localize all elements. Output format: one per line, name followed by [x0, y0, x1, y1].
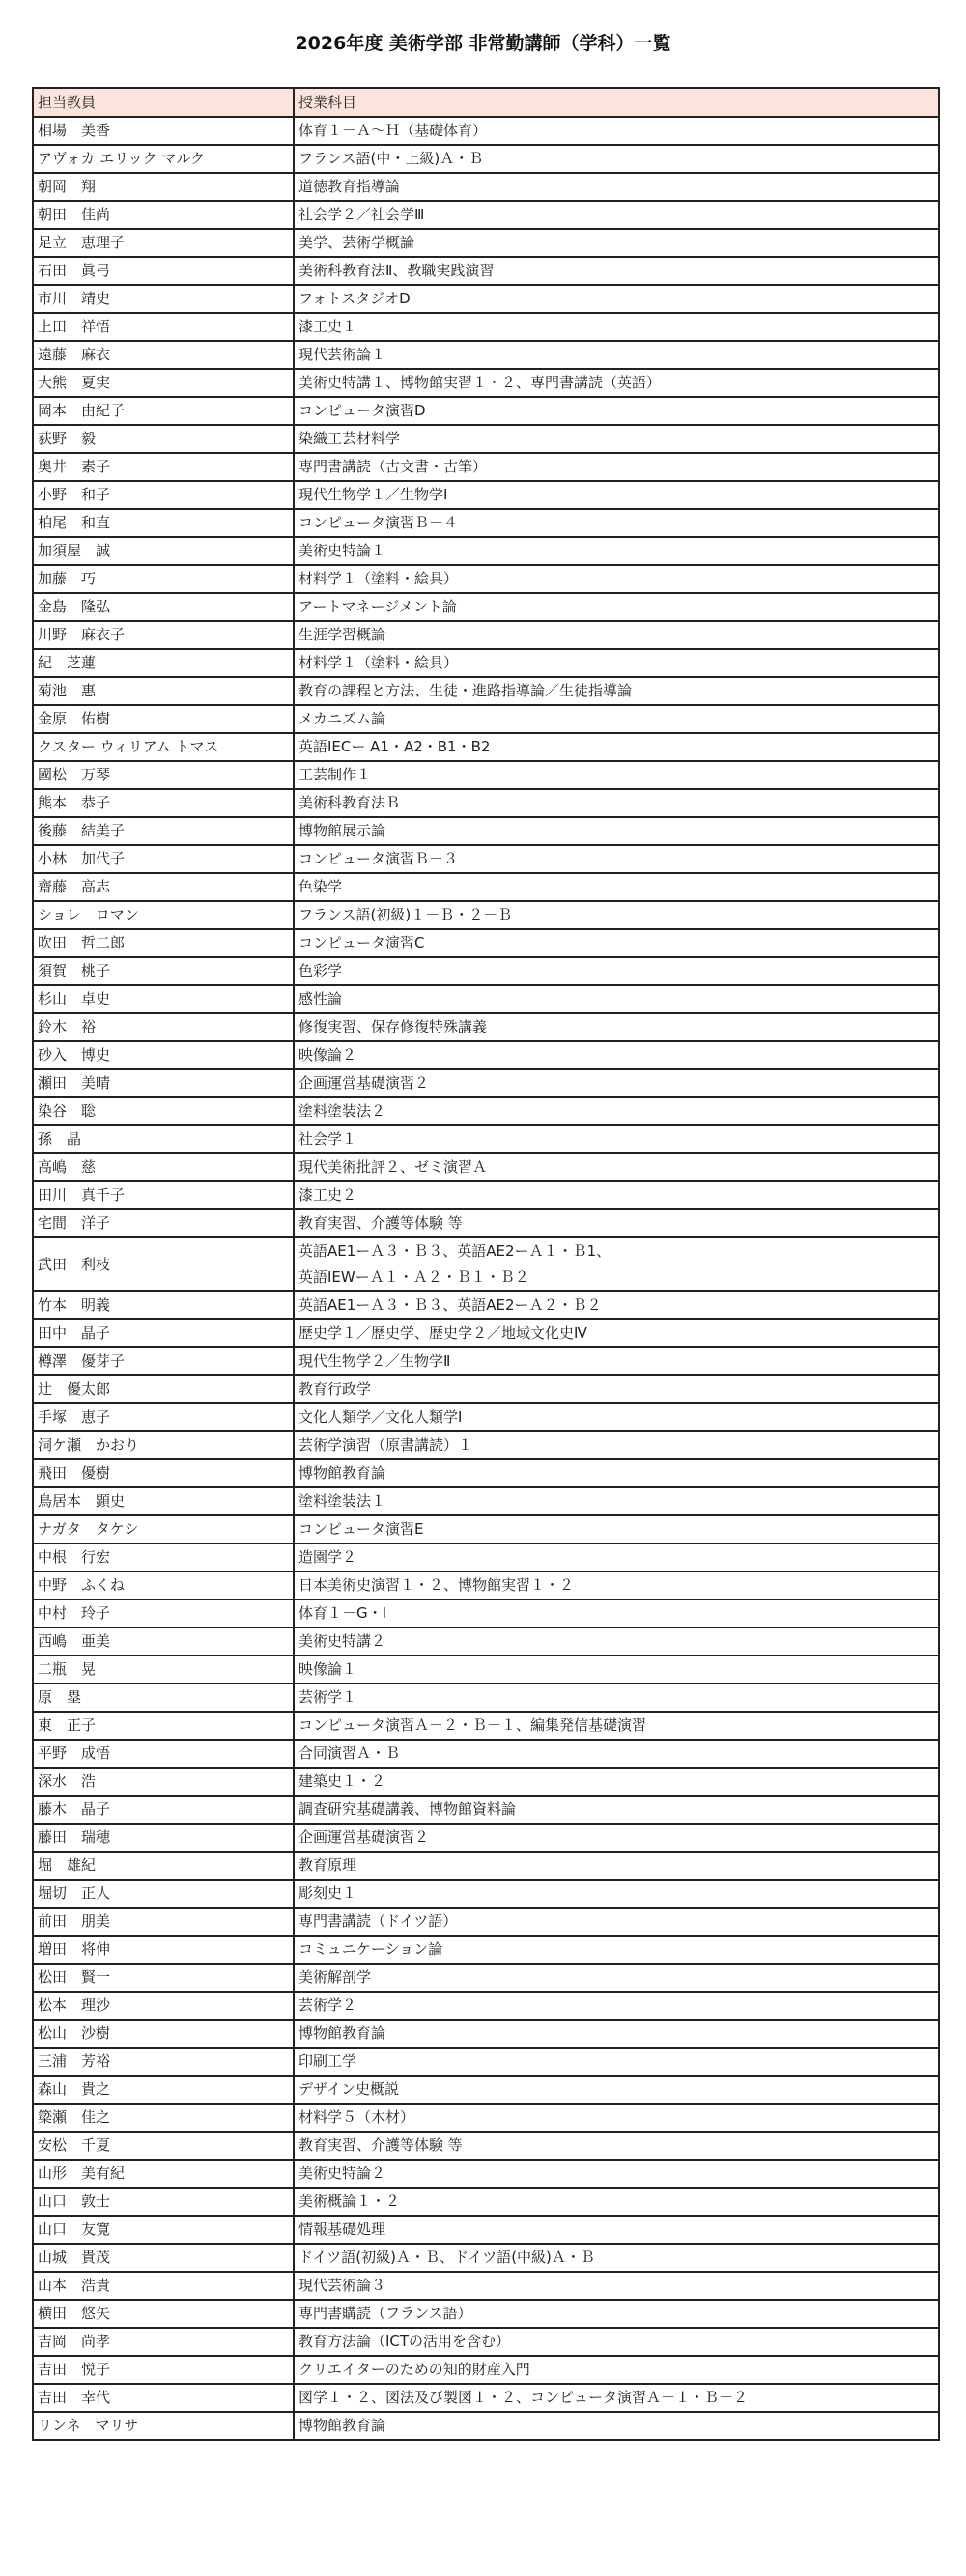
instructor-name-cell: 齋藤 高志 [33, 873, 294, 901]
instructor-name-cell: 朝岡 翔 [33, 173, 294, 201]
subject-cell: コンピュータ演習D [294, 397, 939, 425]
table-row: 上田 祥悟漆工史１ [33, 313, 939, 341]
instructor-name-cell: リンネ マリサ [33, 2412, 294, 2440]
instructor-name-cell: 市川 靖史 [33, 285, 294, 313]
instructor-name-cell: 菊池 惠 [33, 677, 294, 705]
instructor-name-cell: 大熊 夏実 [33, 369, 294, 397]
subject-cell: 社会学２／社会学Ⅲ [294, 201, 939, 229]
subject-cell: 美術史特講１、博物館実習１・２、専門書講読（英語） [294, 369, 939, 397]
instructor-name-cell: 吉田 悦子 [33, 2356, 294, 2384]
instructor-name-cell: 藤田 瑞穂 [33, 1824, 294, 1852]
table-row: 三浦 芳裕印刷工学 [33, 2048, 939, 2076]
table-row: 杉山 卓史感性論 [33, 985, 939, 1013]
table-row: 市川 靖史フォトスタジオD [33, 285, 939, 313]
table-row: 藤木 晶子調査研究基礎講義、博物館資料論 [33, 1796, 939, 1824]
instructor-name-cell: 岡本 由紀子 [33, 397, 294, 425]
subject-cell: 企画運営基礎演習２ [294, 1069, 939, 1097]
table-row: 藤田 瑞穂企画運営基礎演習２ [33, 1824, 939, 1852]
table-row: 吹田 哲二郎コンピュータ演習C [33, 929, 939, 957]
column-header-instructor: 担当教員 [33, 88, 294, 117]
table-row: 森山 貴之デザイン史概説 [33, 2076, 939, 2104]
instructor-name-cell: 孫 晶 [33, 1125, 294, 1153]
table-row: 簗瀬 佳之材料学５（木材） [33, 2104, 939, 2132]
table-row: 手塚 恵子文化人類学／文化人類学Ⅰ [33, 1403, 939, 1431]
subject-cell: 体育１－G・I [294, 1599, 939, 1628]
instructor-name-cell: 吹田 哲二郎 [33, 929, 294, 957]
table-row: 岡本 由紀子コンピュータ演習D [33, 397, 939, 425]
subject-cell: 映像論１ [294, 1656, 939, 1684]
subject-cell: 印刷工学 [294, 2048, 939, 2076]
table-row: 朝田 佳尚社会学２／社会学Ⅲ [33, 201, 939, 229]
instructor-name-cell: 石田 眞弓 [33, 257, 294, 285]
table-row: 小野 和子現代生物学１／生物学Ⅰ [33, 481, 939, 509]
table-row: ショレ ロマンフランス語(初級)１－Ｂ・２－Ｂ [33, 901, 939, 929]
instructor-table: 担当教員 授業科目 相場 美香体育１－Ａ～Ｈ（基礎体育）アヴォカ エリック マル… [32, 87, 940, 2441]
instructor-name-cell: 中根 行宏 [33, 1543, 294, 1571]
instructor-name-cell: 東 正子 [33, 1712, 294, 1740]
table-row: 中根 行宏造園学２ [33, 1543, 939, 1571]
table-row: 大熊 夏実美術史特講１、博物館実習１・２、専門書講読（英語） [33, 369, 939, 397]
instructor-name-cell: 吉岡 尚孝 [33, 2328, 294, 2356]
instructor-name-cell: 國松 万琴 [33, 761, 294, 789]
subject-cell: 社会学１ [294, 1125, 939, 1153]
subject-cell: フォトスタジオD [294, 285, 939, 313]
subject-cell: 図学１・２、図法及び製図１・２、コンピュータ演習Ａ－１・Ｂ－２ [294, 2384, 939, 2412]
subject-cell: コンピュータ演習Ｂ－４ [294, 509, 939, 537]
table-row: 飛田 優樹博物館教育論 [33, 1459, 939, 1487]
subject-cell: 教育方法論（ICTの活用を含む） [294, 2328, 939, 2356]
table-row: 中村 玲子体育１－G・I [33, 1599, 939, 1628]
subject-cell: コンピュータ演習E [294, 1515, 939, 1543]
table-row: 堀 雄紀教育原理 [33, 1852, 939, 1880]
subject-cell: 合同演習Ａ・Ｂ [294, 1740, 939, 1768]
instructor-name-cell: アヴォカ エリック マルク [33, 145, 294, 173]
table-row: 金島 隆弘アートマネージメント論 [33, 593, 939, 621]
subject-cell: 現代生物学２／生物学Ⅱ [294, 1347, 939, 1375]
subject-cell: 教育の課程と方法、生徒・進路指導論／生徒指導論 [294, 677, 939, 705]
table-row: 松本 理沙芸術学２ [33, 1992, 939, 2020]
instructor-name-cell: 松本 理沙 [33, 1992, 294, 2020]
table-row: ナガタ タケシコンピュータ演習E [33, 1515, 939, 1543]
table-row: 原 塁芸術学１ [33, 1684, 939, 1712]
instructor-name-cell: 飛田 優樹 [33, 1459, 294, 1487]
instructor-name-cell: 染谷 聡 [33, 1097, 294, 1125]
subject-cell: 体育１－Ａ～Ｈ（基礎体育） [294, 117, 939, 145]
instructor-name-cell: 小野 和子 [33, 481, 294, 509]
subject-cell: 芸術学演習（原書講読）１ [294, 1431, 939, 1459]
subject-cell: 色彩学 [294, 957, 939, 985]
subject-cell: 情報基礎処理 [294, 2216, 939, 2244]
instructor-name-cell: 原 塁 [33, 1684, 294, 1712]
subject-cell: 現代芸術論１ [294, 341, 939, 369]
table-row: 中野 ふくね日本美術史演習１・２、博物館実習１・２ [33, 1571, 939, 1599]
subject-cell: 教育実習、介護等体験 等 [294, 1209, 939, 1237]
subject-cell: 英語AE1ーＡ３・Ｂ３、英語AE2ーＡ２・Ｂ２ [294, 1291, 939, 1319]
instructor-name-cell: 鳥居本 顕史 [33, 1487, 294, 1515]
instructor-name-cell: 増田 将伸 [33, 1936, 294, 1964]
instructor-name-cell: 手塚 恵子 [33, 1403, 294, 1431]
instructor-name-cell: 山本 浩貴 [33, 2272, 294, 2300]
table-row: 加須屋 誠美術史特論１ [33, 537, 939, 565]
subject-cell: コンピュータ演習C [294, 929, 939, 957]
instructor-name-cell: 辻 優太郎 [33, 1375, 294, 1403]
instructor-name-cell: 加須屋 誠 [33, 537, 294, 565]
subject-cell: クリエイターのための知的財産入門 [294, 2356, 939, 2384]
subject-cell: 材料学１（塗料・絵具） [294, 565, 939, 593]
subject-cell: 美術史特論１ [294, 537, 939, 565]
table-row: 石田 眞弓美術科教育法Ⅱ、教職実践演習 [33, 257, 939, 285]
instructor-name-cell: 簗瀬 佳之 [33, 2104, 294, 2132]
subject-cell: デザイン史概説 [294, 2076, 939, 2104]
table-row: 遠藤 麻衣現代芸術論１ [33, 341, 939, 369]
table-row: 田中 晶子歴史学１／歴史学、歴史学２／地域文化史Ⅳ [33, 1319, 939, 1347]
table-row: 堀切 正人彫刻史１ [33, 1880, 939, 1908]
subject-line: 英語AE1ーＡ３・Ｂ３、英語AE2ーＡ１・Ｂ1、 [298, 1238, 934, 1264]
table-row: 染谷 聡塗料塗装法２ [33, 1097, 939, 1125]
instructor-name-cell: 瀬田 美晴 [33, 1069, 294, 1097]
subject-cell: 美術科教育法Ｂ [294, 789, 939, 817]
subject-cell: 修復実習、保存修復特殊講義 [294, 1013, 939, 1041]
table-row: 柏尾 和直コンピュータ演習Ｂ－４ [33, 509, 939, 537]
table-row: 西嶋 亜美美術史特講２ [33, 1628, 939, 1656]
subject-cell: フランス語(初級)１－Ｂ・２－Ｂ [294, 901, 939, 929]
table-row: 洞ケ瀬 かおり芸術学演習（原書講読）１ [33, 1431, 939, 1459]
subject-cell: 教育行政学 [294, 1375, 939, 1403]
instructor-name-cell: 武田 利枝 [33, 1237, 294, 1291]
table-row: 加藤 巧材料学１（塗料・絵具） [33, 565, 939, 593]
table-row: 前田 朋美専門書講読（ドイツ語） [33, 1908, 939, 1936]
table-row: 増田 将伸コミュニケーション論 [33, 1936, 939, 1964]
subject-cell: 現代美術批評２、ゼミ演習Ａ [294, 1153, 939, 1181]
subject-cell: 美術解剖学 [294, 1964, 939, 1992]
table-row: 朝岡 翔道徳教育指導論 [33, 173, 939, 201]
instructor-name-cell: ショレ ロマン [33, 901, 294, 929]
subject-cell: ドイツ語(初級)Ａ・Ｂ、ドイツ語(中級)Ａ・Ｂ [294, 2244, 939, 2272]
table-row: 吉田 幸代図学１・２、図法及び製図１・２、コンピュータ演習Ａ－１・Ｂ－２ [33, 2384, 939, 2412]
table-row: 竹本 明義英語AE1ーＡ３・Ｂ３、英語AE2ーＡ２・Ｂ２ [33, 1291, 939, 1319]
subject-cell: 染織工芸材料学 [294, 425, 939, 453]
subject-cell: 工芸制作１ [294, 761, 939, 789]
subject-cell: コミュニケーション論 [294, 1936, 939, 1964]
instructor-name-cell: 上田 祥悟 [33, 313, 294, 341]
instructor-name-cell: 後藤 結美子 [33, 817, 294, 845]
subject-cell: 塗料塗装法１ [294, 1487, 939, 1515]
instructor-name-cell: 宅間 洋子 [33, 1209, 294, 1237]
subject-cell: 道徳教育指導論 [294, 173, 939, 201]
table-row: 後藤 結美子博物館展示論 [33, 817, 939, 845]
instructor-name-cell: 中村 玲子 [33, 1599, 294, 1628]
instructor-name-cell: 須賀 桃子 [33, 957, 294, 985]
subject-cell: 美術史特講２ [294, 1628, 939, 1656]
subject-cell: 美学、芸術学概論 [294, 229, 939, 257]
table-row: 山本 浩貴現代芸術論３ [33, 2272, 939, 2300]
table-row: 東 正子コンピュータ演習Ａ－２・Ｂ－１、編集発信基礎演習 [33, 1712, 939, 1740]
table-header-row: 担当教員 授業科目 [33, 88, 939, 117]
instructor-name-cell: 森山 貴之 [33, 2076, 294, 2104]
table-row: 辻 優太郎教育行政学 [33, 1375, 939, 1403]
subject-cell: メカニズム論 [294, 705, 939, 733]
column-header-subject: 授業科目 [294, 88, 939, 117]
subject-cell: 材料学５（木材） [294, 2104, 939, 2132]
subject-cell: 専門書講読（ドイツ語） [294, 1908, 939, 1936]
table-row: 相場 美香体育１－Ａ～Ｈ（基礎体育） [33, 117, 939, 145]
instructor-name-cell: 西嶋 亜美 [33, 1628, 294, 1656]
subject-cell: 生涯学習概論 [294, 621, 939, 649]
instructor-name-cell: 田中 晶子 [33, 1319, 294, 1347]
subject-cell: 映像論２ [294, 1041, 939, 1069]
instructor-name-cell: 朝田 佳尚 [33, 201, 294, 229]
instructor-name-cell: 足立 恵理子 [33, 229, 294, 257]
instructor-name-cell: 紀 芝蓮 [33, 649, 294, 677]
table-row: 宅間 洋子教育実習、介護等体験 等 [33, 1209, 939, 1237]
instructor-name-cell: 高嶋 慈 [33, 1153, 294, 1181]
subject-cell: 現代芸術論３ [294, 2272, 939, 2300]
subject-cell: 色染学 [294, 873, 939, 901]
table-row: 深水 浩建築史１・２ [33, 1768, 939, 1796]
subject-cell: コンピュータ演習Ａ－２・Ｂ－１、編集発信基礎演習 [294, 1712, 939, 1740]
table-row: 川野 麻衣子生涯学習概論 [33, 621, 939, 649]
subject-cell: 彫刻史１ [294, 1880, 939, 1908]
instructor-name-cell: 相場 美香 [33, 117, 294, 145]
instructor-name-cell: 山口 友寛 [33, 2216, 294, 2244]
instructor-name-cell: 深水 浩 [33, 1768, 294, 1796]
instructor-name-cell: 金島 隆弘 [33, 593, 294, 621]
table-row: 吉岡 尚孝教育方法論（ICTの活用を含む） [33, 2328, 939, 2356]
subject-cell: 調査研究基礎講義、博物館資料論 [294, 1796, 939, 1824]
instructor-name-cell: 山城 貴茂 [33, 2244, 294, 2272]
instructor-name-cell: 山口 敦士 [33, 2188, 294, 2216]
table-row: 須賀 桃子色彩学 [33, 957, 939, 985]
subject-cell: 美術科教育法Ⅱ、教職実践演習 [294, 257, 939, 285]
subject-cell: 現代生物学１／生物学Ⅰ [294, 481, 939, 509]
instructor-name-cell: 平野 成悟 [33, 1740, 294, 1768]
instructor-name-cell: 鈴木 裕 [33, 1013, 294, 1041]
subject-cell: 教育実習、介護等体験 等 [294, 2132, 939, 2160]
instructor-name-cell: 松山 沙樹 [33, 2020, 294, 2048]
instructor-name-cell: 藤木 晶子 [33, 1796, 294, 1824]
table-row: 孫 晶社会学１ [33, 1125, 939, 1153]
subject-cell: 日本美術史演習１・２、博物館実習１・２ [294, 1571, 939, 1599]
instructor-name-cell: 砂入 博史 [33, 1041, 294, 1069]
instructor-name-cell: 加藤 巧 [33, 565, 294, 593]
subject-cell: 漆工史１ [294, 313, 939, 341]
instructor-name-cell: 中野 ふくね [33, 1571, 294, 1599]
instructor-name-cell: 二瓶 晃 [33, 1656, 294, 1684]
table-row: 田川 真千子漆工史２ [33, 1181, 939, 1209]
instructor-name-cell: 洞ケ瀬 かおり [33, 1431, 294, 1459]
table-row: 荻野 毅染織工芸材料学 [33, 425, 939, 453]
subject-cell: 漆工史２ [294, 1181, 939, 1209]
subject-cell: 博物館教育論 [294, 2412, 939, 2440]
instructor-name-cell: 堀 雄紀 [33, 1852, 294, 1880]
table-row: 山形 美有紀美術史特論２ [33, 2160, 939, 2188]
page-title: 2026年度 美術学部 非常勤講師（学科）一覧 [0, 29, 966, 55]
table-row: 樽澤 優芽子現代生物学２／生物学Ⅱ [33, 1347, 939, 1375]
subject-cell: 芸術学１ [294, 1684, 939, 1712]
subject-cell: 造園学２ [294, 1543, 939, 1571]
table-row: 二瓶 晃映像論１ [33, 1656, 939, 1684]
instructor-name-cell: 柏尾 和直 [33, 509, 294, 537]
table-row: 菊池 惠教育の課程と方法、生徒・進路指導論／生徒指導論 [33, 677, 939, 705]
subject-cell: 文化人類学／文化人類学Ⅰ [294, 1403, 939, 1431]
subject-cell: 博物館教育論 [294, 1459, 939, 1487]
subject-cell: 博物館展示論 [294, 817, 939, 845]
instructor-name-cell: 吉田 幸代 [33, 2384, 294, 2412]
table-row: 砂入 博史映像論２ [33, 1041, 939, 1069]
table-row: 高嶋 慈現代美術批評２、ゼミ演習Ａ [33, 1153, 939, 1181]
table-body: 相場 美香体育１－Ａ～Ｈ（基礎体育）アヴォカ エリック マルクフランス語(中・上… [33, 117, 939, 2440]
table-row: 國松 万琴工芸制作１ [33, 761, 939, 789]
instructor-name-cell: 樽澤 優芽子 [33, 1347, 294, 1375]
subject-cell: 専門書講読（古文書・古筆） [294, 453, 939, 481]
table-row: 松山 沙樹博物館教育論 [33, 2020, 939, 2048]
table-row: アヴォカ エリック マルクフランス語(中・上級)Ａ・Ｂ [33, 145, 939, 173]
subject-cell: 企画運営基礎演習２ [294, 1824, 939, 1852]
table-row: 金原 佑樹メカニズム論 [33, 705, 939, 733]
subject-line: 英語IEWーＡ１・Ａ２・Ｂ１・Ｂ２ [298, 1264, 934, 1290]
subject-cell: コンピュータ演習Ｂ－３ [294, 845, 939, 873]
instructor-name-cell: 荻野 毅 [33, 425, 294, 453]
instructor-name-cell: 奥井 素子 [33, 453, 294, 481]
subject-cell: 博物館教育論 [294, 2020, 939, 2048]
instructor-name-cell: ナガタ タケシ [33, 1515, 294, 1543]
instructor-name-cell: 竹本 明義 [33, 1291, 294, 1319]
instructor-name-cell: 川野 麻衣子 [33, 621, 294, 649]
subject-cell: 専門書購読（フランス語） [294, 2300, 939, 2328]
table-row: 松田 賢一美術解剖学 [33, 1964, 939, 1992]
subject-cell: 材料学１（塗料・絵具） [294, 649, 939, 677]
instructor-name-cell: 堀切 正人 [33, 1880, 294, 1908]
instructor-name-cell: 横田 悠矢 [33, 2300, 294, 2328]
subject-cell: 美術史特論２ [294, 2160, 939, 2188]
instructor-name-cell: 三浦 芳裕 [33, 2048, 294, 2076]
instructor-name-cell: クスター ウィリアム トマス [33, 733, 294, 761]
table-row: 山城 貴茂ドイツ語(初級)Ａ・Ｂ、ドイツ語(中級)Ａ・Ｂ [33, 2244, 939, 2272]
instructor-name-cell: 松田 賢一 [33, 1964, 294, 1992]
table-row: 瀬田 美晴企画運営基礎演習２ [33, 1069, 939, 1097]
table-row: 熊本 恭子美術科教育法Ｂ [33, 789, 939, 817]
table-row: 鈴木 裕修復実習、保存修復特殊講義 [33, 1013, 939, 1041]
table-row: 鳥居本 顕史塗料塗装法１ [33, 1487, 939, 1515]
subject-cell: 教育原理 [294, 1852, 939, 1880]
table-row: 横田 悠矢専門書購読（フランス語） [33, 2300, 939, 2328]
table-row: 山口 友寛情報基礎処理 [33, 2216, 939, 2244]
subject-cell: 感性論 [294, 985, 939, 1013]
subject-cell: アートマネージメント論 [294, 593, 939, 621]
table-row: 武田 利枝英語AE1ーＡ３・Ｂ３、英語AE2ーＡ１・Ｂ1、英語IEWーＡ１・Ａ２… [33, 1237, 939, 1291]
instructor-name-cell: 金原 佑樹 [33, 705, 294, 733]
table-row: リンネ マリサ博物館教育論 [33, 2412, 939, 2440]
instructor-name-cell: 杉山 卓史 [33, 985, 294, 1013]
subject-cell: 英語IECー A1・A2・B1・B2 [294, 733, 939, 761]
subject-cell: 建築史１・２ [294, 1768, 939, 1796]
table-row: 山口 敦士美術概論１・２ [33, 2188, 939, 2216]
instructor-name-cell: 安松 千夏 [33, 2132, 294, 2160]
table-row: 齋藤 高志色染学 [33, 873, 939, 901]
table-row: 小林 加代子コンピュータ演習Ｂ－３ [33, 845, 939, 873]
subject-cell: 塗料塗装法２ [294, 1097, 939, 1125]
table-row: 奥井 素子専門書講読（古文書・古筆） [33, 453, 939, 481]
subject-cell: 美術概論１・２ [294, 2188, 939, 2216]
table-row: 安松 千夏教育実習、介護等体験 等 [33, 2132, 939, 2160]
instructor-name-cell: 遠藤 麻衣 [33, 341, 294, 369]
instructor-name-cell: 小林 加代子 [33, 845, 294, 873]
instructor-name-cell: 山形 美有紀 [33, 2160, 294, 2188]
subject-cell: 英語AE1ーＡ３・Ｂ３、英語AE2ーＡ１・Ｂ1、英語IEWーＡ１・Ａ２・Ｂ１・Ｂ… [294, 1237, 939, 1291]
table-row: 紀 芝蓮材料学１（塗料・絵具） [33, 649, 939, 677]
subject-cell: 歴史学１／歴史学、歴史学２／地域文化史Ⅳ [294, 1319, 939, 1347]
subject-cell: 芸術学２ [294, 1992, 939, 2020]
table-row: 足立 恵理子美学、芸術学概論 [33, 229, 939, 257]
instructor-name-cell: 田川 真千子 [33, 1181, 294, 1209]
subject-cell: フランス語(中・上級)Ａ・Ｂ [294, 145, 939, 173]
instructor-name-cell: 前田 朋美 [33, 1908, 294, 1936]
instructor-name-cell: 熊本 恭子 [33, 789, 294, 817]
table-row: 吉田 悦子クリエイターのための知的財産入門 [33, 2356, 939, 2384]
table-row: 平野 成悟合同演習Ａ・Ｂ [33, 1740, 939, 1768]
table-row: クスター ウィリアム トマス英語IECー A1・A2・B1・B2 [33, 733, 939, 761]
